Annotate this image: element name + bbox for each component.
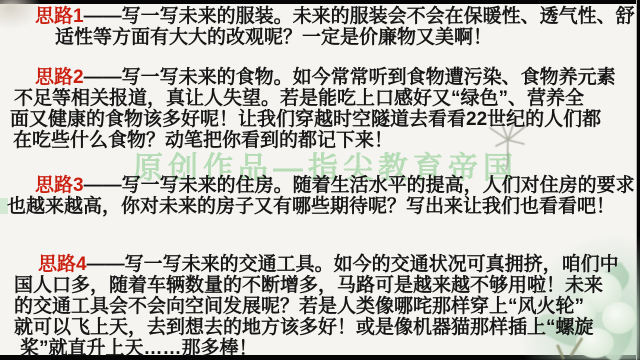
idea4-line3: 的交通工具会不会向空间发展呢？若是人类像哪咤那样穿上“风火轮”: [14, 296, 584, 317]
idea1-line1: 思路1——写一写未来的服装。未来的服装会不会在保暖性、透气性、舒: [35, 6, 635, 27]
idea2-label: 思路2: [35, 67, 84, 88]
idea4-line5: 桨”就直升上天……那多棒！: [20, 338, 258, 359]
idea1-text1: ——写一写未来的服装。未来的服装会不会在保暖性、透气性、舒: [84, 6, 635, 27]
idea2-line3: 面又健康的食物该多好呢！让我们穿越时空隧道去看看22世纪的人们都: [10, 109, 601, 130]
idea1-label: 思路1: [35, 6, 84, 27]
idea3-line2: 也越来越高，你对未来的房子又有哪些期待呢？写出来让我们也看看吧！: [7, 196, 615, 217]
letterbox-bar-top: [0, 0, 640, 4]
idea2-text1: ——写一写未来的食物。如今常常听到食物遭污染、食物养元素: [84, 67, 616, 88]
idea3-line1: 思路3——写一写未来的住房。随着生活水平的提高，人们对住房的要求: [35, 175, 635, 196]
idea4-line2: 国人口多，随着车辆数量的不断增多，马路可是越来越不够用啦！未来: [14, 275, 603, 296]
idea1-line2: 适性等方面有大大的改观呢？一定是价廉物又美啊！: [55, 27, 492, 48]
idea2-line1: 思路2——写一写未来的食物。如今常常听到食物遭污染、食物养元素: [35, 67, 616, 88]
idea4-label: 思路4: [38, 254, 87, 275]
idea3-label: 思路3: [35, 175, 84, 196]
idea4-line4: 就可以飞上天，去到想去的地方该多好！或是像机器猫那样插上“螺旋: [14, 317, 594, 338]
idea2-line4: 在吃些什么食物？动笔把你看到的都记下来！: [13, 130, 393, 151]
idea4-text1: ——写一写未来的交通工具。如今的交通状况可真拥挤，咱们中: [87, 254, 619, 275]
idea3-text1: ——写一写未来的住房。随着生活水平的提高，人们对住房的要求: [84, 175, 635, 196]
slide-page: 原创作品—指尖教育帝国 思路1——写一写未来的服装。未来的服装会不会在保暖性、透…: [0, 0, 640, 360]
idea4-line1: 思路4——写一写未来的交通工具。如今的交通状况可真拥挤，咱们中: [38, 254, 619, 275]
idea2-line2: 不足等相关报道，真让人失望。若是能吃上口感好又“绿色”、营养全: [14, 88, 584, 109]
flower-petal-icon: [602, 302, 636, 334]
